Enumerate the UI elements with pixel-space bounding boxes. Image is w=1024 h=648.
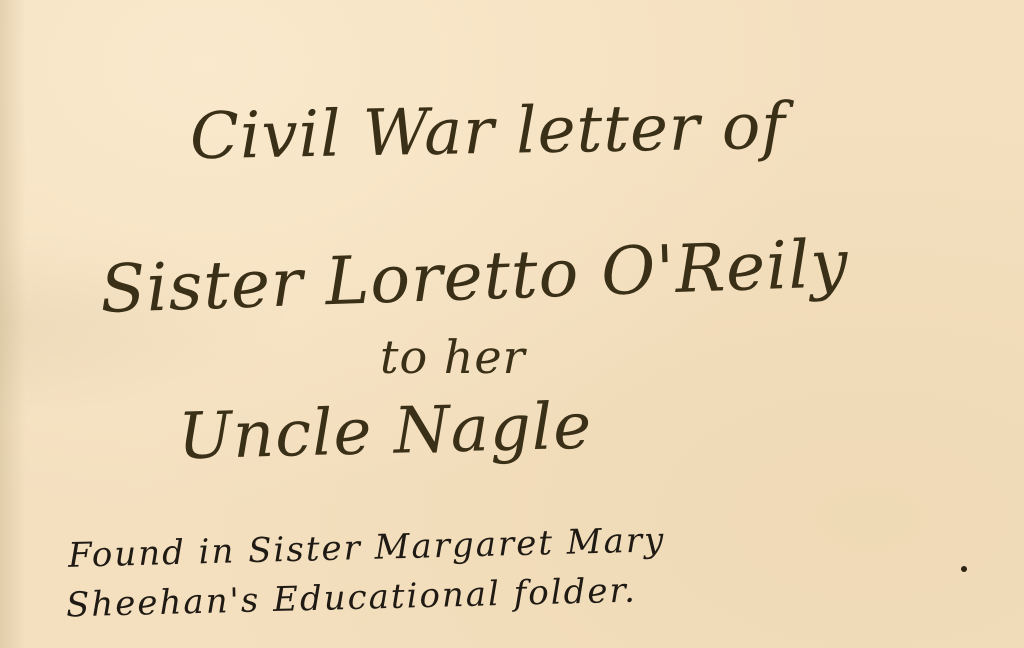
handwritten-card: Civil War letter of Sister Loretto O'Rei… [0,0,1024,648]
note-line-2: Sheehan's Educational folder. [66,571,638,626]
title-line-3: to her [380,330,526,384]
paper-edge-stain [0,0,26,648]
note-line-1: Found in Sister Margaret Mary [68,520,666,576]
title-line-1: Civil War letter of [189,90,786,174]
title-line-4: Uncle Nagle [177,390,593,475]
title-line-2: Sister Loretto O'Reily [99,225,850,328]
ink-spot [961,566,967,572]
